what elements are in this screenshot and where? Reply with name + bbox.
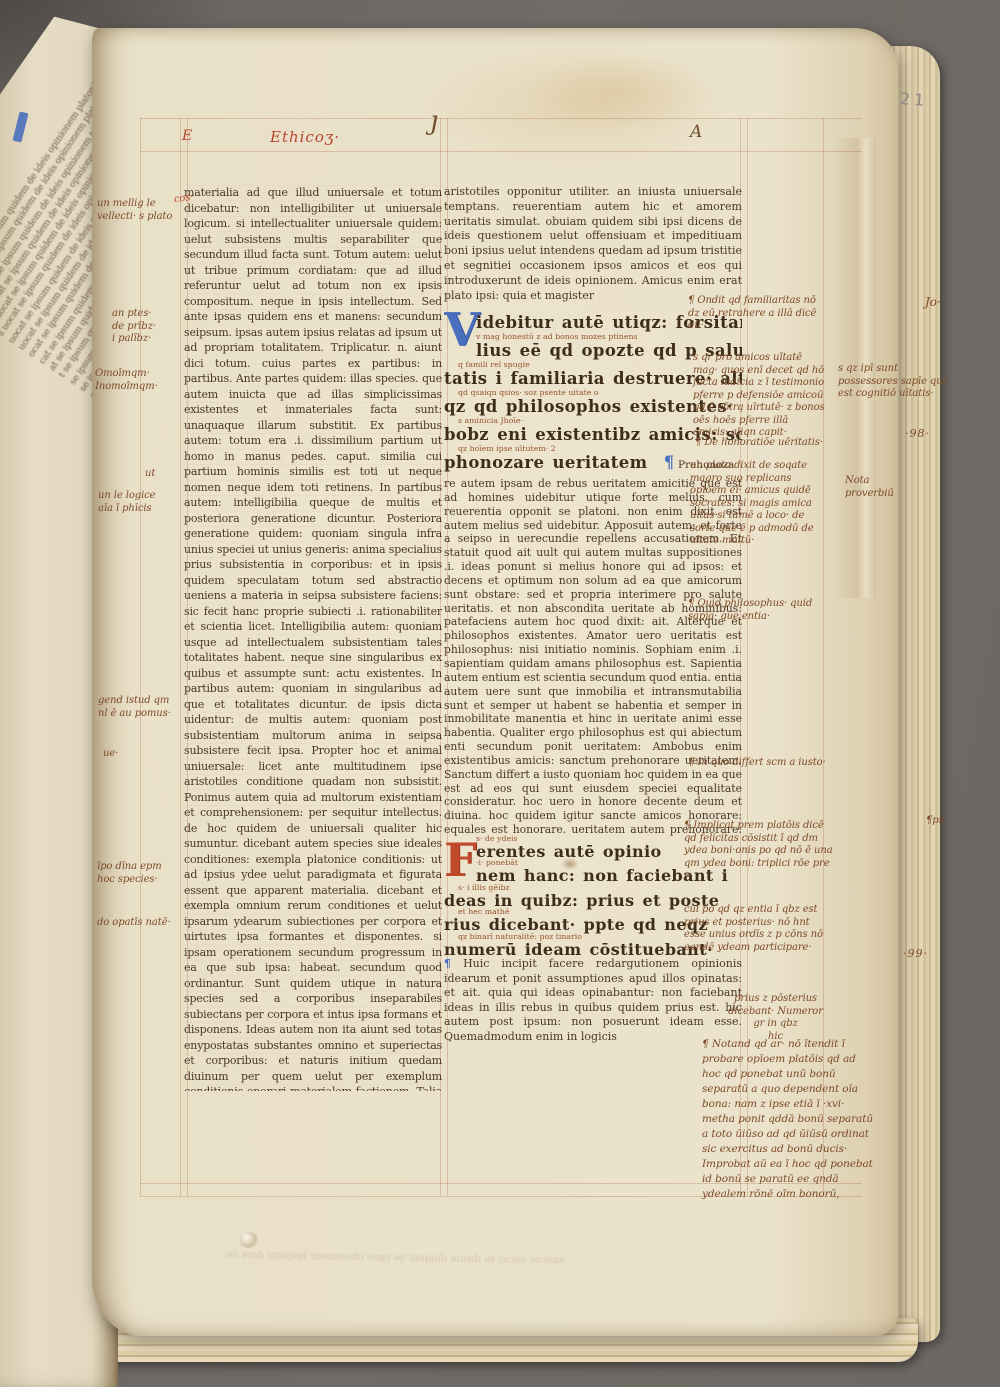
bleed-through-text: amicos uocat se ipsum quidem de ideis op… — [225, 1249, 565, 1266]
margin-note-right: ¶ps — [926, 815, 944, 828]
lemma-text-end: phonozare ueritatem — [444, 453, 647, 472]
margin-note-right: ¶ Ondit qd familiaritas nō dz eū retrahe… — [688, 295, 826, 333]
signature-mark: E — [182, 128, 192, 144]
margin-note-left: an ptes· de prībz· i palībz· — [112, 308, 182, 346]
margin-note-left: gend istud qm nl ē au pomus· — [98, 695, 188, 720]
margin-note-right: Jo· — [925, 296, 941, 309]
margin-note-right: ¶ In quo differt scm a iusto· — [688, 757, 858, 770]
commentary-paragraph: ¶ Huic incipit facere redargutionem opin… — [444, 957, 742, 1052]
margin-note-notandum: ¶ Notand qd ar· nō ītendit ī probare opī… — [702, 1037, 874, 1202]
red-initial-F: F — [444, 837, 474, 883]
margin-note-right: ¶ Quid philosophus· quid sapīa· que enti… — [688, 598, 828, 623]
parchment-dimple — [240, 1232, 258, 1248]
margin-note-right: cui po qd qz entia ī qbz est prius et po… — [684, 904, 834, 954]
margin-note-left: un le logice aīa ī phīcis — [98, 490, 183, 515]
blue-initial-V: V — [444, 307, 474, 353]
blue-paraph-icon: ¶ — [664, 453, 675, 472]
commentary-paragraph: aristotiles opponitur utiliter. an inius… — [444, 185, 742, 305]
margin-note-nota-proverbium: Nota proverbiū — [845, 475, 898, 500]
margin-note-left: ut — [145, 468, 155, 481]
manuscript-page: 21 E Ethicoʒ· ȷ A materialia ad que illu… — [92, 28, 898, 1336]
ruling-line — [180, 118, 181, 1196]
ruling-line — [140, 118, 862, 119]
ruling-line — [140, 118, 141, 1196]
commentary-text: Huic incipit facere redargutionem opinio… — [444, 957, 742, 1043]
margin-note-left: do opatīs natē· — [97, 917, 192, 930]
quire-mark-right: A — [690, 122, 702, 142]
ruling-line — [140, 151, 862, 152]
manuscript-photo: { "photo": { "background_color": "#6d686… — [0, 0, 1000, 1387]
parchment-stain — [522, 52, 712, 132]
margin-note-right: ¶ Implicat prem platōis dicē qd felicita… — [684, 820, 834, 883]
margin-note-right: prius z pōsterius dicebant· Numeror gr i… — [718, 993, 833, 1043]
text-column-1: materialia ad que illud uniuersale et to… — [184, 185, 442, 1091]
margin-note-right: ¶ De honoratiōe uēritatis· — [695, 437, 835, 450]
folio-number: 21 — [899, 89, 929, 110]
margin-note-left: un mellig le vellecti· s plato — [97, 198, 185, 223]
running-title: Ethicoʒ· — [270, 128, 340, 146]
quire-mark-center: ȷ — [430, 106, 438, 136]
margin-number: ·98· — [905, 428, 930, 441]
margin-note-right: un plato dixit de soqate magro suo repli… — [690, 460, 822, 548]
margin-note-left: ue· — [103, 748, 118, 761]
margin-note-right: s qz ipī sunt possessores sapīe que est … — [838, 363, 956, 401]
blue-paraph-icon: ¶ — [444, 957, 451, 970]
margin-note-left: Omoīmqm· Inomoīmqm· — [95, 368, 187, 393]
margin-note-right: s qr pro amicos uītatē mag· quos enī dec… — [693, 352, 825, 440]
margin-number: ·99· — [903, 948, 928, 961]
margin-note-left: īpo dīna epm hoc species· — [97, 861, 187, 886]
